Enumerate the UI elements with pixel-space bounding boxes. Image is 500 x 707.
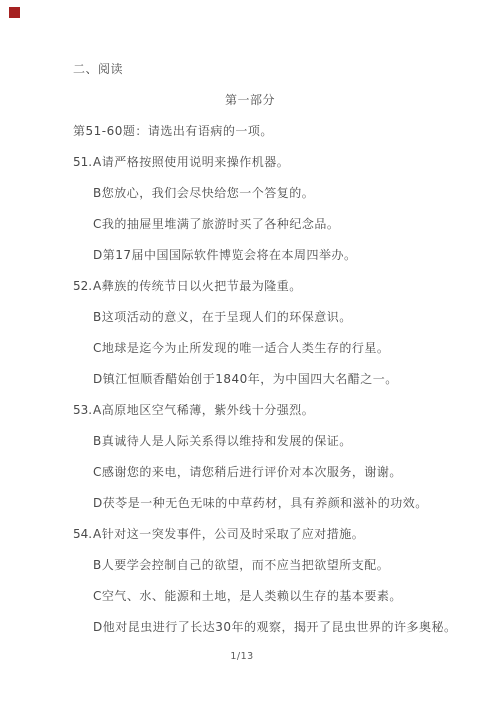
question-option: D第17届中国国际软件博览会将在本周四举办。 bbox=[73, 248, 460, 262]
watermark-red-square-icon bbox=[9, 7, 20, 18]
question-option: B真诚待人是人际关系得以维持和发展的保证。 bbox=[73, 434, 460, 448]
question-number: 54. bbox=[73, 527, 93, 541]
question-number-and-option-a: 53.A高原地区空气稀薄，紫外线十分强烈。 bbox=[73, 403, 460, 417]
question-number: 53. bbox=[73, 403, 93, 417]
question-option: C空气、水、能源和土地，是人类赖以生存的基本要素。 bbox=[73, 589, 460, 603]
question-block: 52.A彝族的传统节日以火把节最为隆重。B这项活动的意义，在于呈现人们的环保意识… bbox=[73, 279, 460, 386]
option-text: A针对这一突发事件，公司及时采取了应对措施。 bbox=[93, 527, 364, 541]
question-block: 53.A高原地区空气稀薄，紫外线十分强烈。B真诚待人是人际关系得以维持和发展的保… bbox=[73, 403, 460, 510]
question-block: 54.A针对这一突发事件，公司及时采取了应对措施。B人要学会控制自己的欲望，而不… bbox=[73, 527, 460, 634]
page-content: 二、阅读 第一部分 第51-60题：请选出有语病的一项。 51.A请严格按照使用… bbox=[0, 0, 500, 663]
question-option: B人要学会控制自己的欲望，而不应当把欲望所支配。 bbox=[73, 558, 460, 572]
question-option: C感谢您的来电，请您稍后进行评价对本次服务，谢谢。 bbox=[73, 465, 460, 479]
option-text: A请严格按照使用说明来操作机器。 bbox=[93, 155, 289, 169]
question-option: B这项活动的意义，在于呈现人们的环保意识。 bbox=[73, 310, 460, 324]
question-option: D茯苓是一种无色无味的中草药材，具有养颜和滋补的功效。 bbox=[73, 496, 460, 510]
document-page: 二、阅读 第一部分 第51-60题：请选出有语病的一项。 51.A请严格按照使用… bbox=[0, 0, 500, 707]
question-option: C地球是迄今为止所发现的唯一适合人类生存的行星。 bbox=[73, 341, 460, 355]
question-list: 51.A请严格按照使用说明来操作机器。B您放心，我们会尽快给您一个答复的。C我的… bbox=[73, 155, 460, 634]
instructions: 第51-60题：请选出有语病的一项。 bbox=[73, 124, 460, 138]
part-title: 第一部分 bbox=[0, 93, 500, 107]
question-option: D他对昆虫进行了长达30年的观察，揭开了昆虫世界的许多奥秘。 bbox=[73, 620, 460, 634]
question-number-and-option-a: 54.A针对这一突发事件，公司及时采取了应对措施。 bbox=[73, 527, 460, 541]
section-title: 二、阅读 bbox=[73, 62, 460, 76]
question-option: D镇江恒顺香醋始创于1840年，为中国四大名醋之一。 bbox=[73, 372, 460, 386]
question-number: 52. bbox=[73, 279, 93, 293]
question-number-and-option-a: 52.A彝族的传统节日以火把节最为隆重。 bbox=[73, 279, 460, 293]
option-text: A高原地区空气稀薄，紫外线十分强烈。 bbox=[93, 403, 314, 417]
option-text: A彝族的传统节日以火把节最为隆重。 bbox=[93, 279, 302, 293]
page-number: 1/13 bbox=[0, 651, 492, 663]
question-number-and-option-a: 51.A请严格按照使用说明来操作机器。 bbox=[73, 155, 460, 169]
question-block: 51.A请严格按照使用说明来操作机器。B您放心，我们会尽快给您一个答复的。C我的… bbox=[73, 155, 460, 262]
question-option: C我的抽屉里堆满了旅游时买了各种纪念品。 bbox=[73, 217, 460, 231]
question-option: B您放心，我们会尽快给您一个答复的。 bbox=[73, 186, 460, 200]
question-number: 51. bbox=[73, 155, 93, 169]
